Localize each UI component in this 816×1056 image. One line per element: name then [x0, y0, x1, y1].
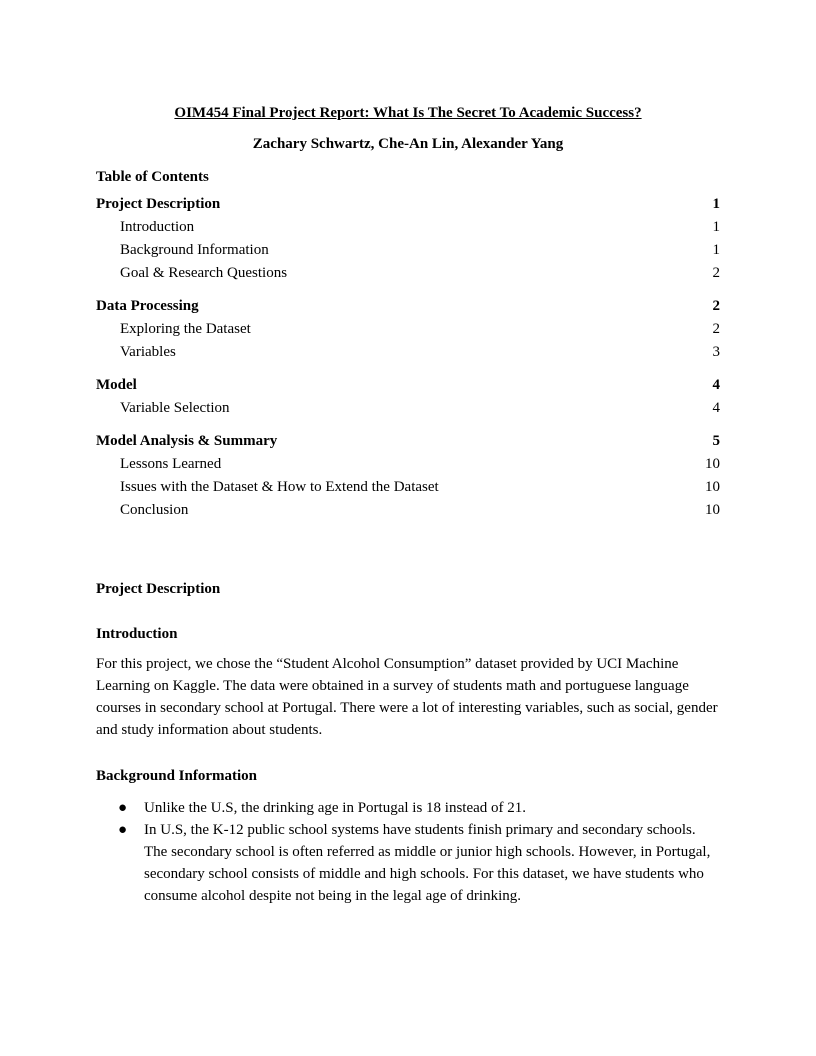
toc-entry-label: Conclusion — [96, 502, 188, 522]
toc-entry-page: 2 — [713, 265, 721, 285]
toc-entry[interactable]: Issues with the Dataset & How to Extend … — [96, 479, 720, 499]
toc-entry[interactable]: Variables3 — [96, 344, 720, 364]
toc-entry-page: 2 — [713, 298, 721, 318]
list-item: ●In U.S, the K-12 public school systems … — [96, 819, 720, 907]
introduction-heading: Introduction — [96, 626, 177, 643]
toc-entry[interactable]: Lessons Learned10 — [96, 456, 720, 476]
background-heading: Background Information — [96, 768, 257, 785]
toc-entry-page: 1 — [713, 219, 721, 239]
toc-entry[interactable]: Data Processing2 — [96, 298, 720, 318]
toc-entry[interactable]: Model Analysis & Summary5 — [96, 433, 720, 453]
document-authors: Zachary Schwartz, Che-An Lin, Alexander … — [96, 136, 720, 153]
toc-entry-label: Background Information — [96, 242, 269, 262]
toc-entry[interactable]: Model4 — [96, 377, 720, 397]
toc-entry[interactable]: Project Description1 — [96, 196, 720, 216]
toc-entry-page: 10 — [705, 479, 720, 499]
bullet-text: Unlike the U.S, the drinking age in Port… — [144, 800, 526, 816]
toc-entry-label: Lessons Learned — [96, 456, 221, 476]
toc-entry-label: Goal & Research Questions — [96, 265, 287, 285]
toc-entry-label: Issues with the Dataset & How to Extend … — [96, 479, 439, 499]
toc-entry-label: Model Analysis & Summary — [96, 433, 277, 453]
toc-entry-label: Variables — [96, 344, 176, 364]
toc-entry-page: 5 — [713, 433, 721, 453]
section-heading: Project Description — [96, 581, 220, 598]
toc-entry-label: Introduction — [96, 219, 194, 239]
toc-entry-label: Data Processing — [96, 298, 199, 318]
toc-entry-page: 3 — [713, 344, 721, 364]
toc-entry-page: 10 — [705, 502, 720, 522]
document-title: OIM454 Final Project Report: What Is The… — [96, 105, 720, 122]
toc-entry-label: Model — [96, 377, 137, 397]
bullet-icon: ● — [118, 819, 127, 841]
bullet-text: In U.S, the K-12 public school systems h… — [144, 822, 710, 904]
toc-entry-page: 2 — [713, 321, 721, 341]
toc-entry-label: Exploring the Dataset — [96, 321, 251, 341]
toc-heading: Table of Contents — [96, 169, 209, 186]
toc-entry-label: Variable Selection — [96, 400, 230, 420]
toc-entry-page: 10 — [705, 456, 720, 476]
toc-entry[interactable]: Introduction1 — [96, 219, 720, 239]
toc-entry-page: 1 — [713, 242, 721, 262]
toc-entry[interactable]: Exploring the Dataset2 — [96, 321, 720, 341]
list-item: ●Unlike the U.S, the drinking age in Por… — [96, 797, 720, 819]
toc-entry[interactable]: Conclusion10 — [96, 502, 720, 522]
toc-entry-label: Project Description — [96, 196, 220, 216]
background-bullet-list: ●Unlike the U.S, the drinking age in Por… — [96, 797, 720, 907]
toc-entry[interactable]: Variable Selection4 — [96, 400, 720, 420]
bullet-icon: ● — [118, 797, 127, 819]
introduction-paragraph: For this project, we chose the “Student … — [96, 653, 720, 741]
toc-entry[interactable]: Goal & Research Questions2 — [96, 265, 720, 285]
toc-entry[interactable]: Background Information1 — [96, 242, 720, 262]
toc-entry-page: 4 — [713, 377, 721, 397]
toc-entry-page: 1 — [713, 196, 721, 216]
toc-entry-page: 4 — [713, 400, 721, 420]
